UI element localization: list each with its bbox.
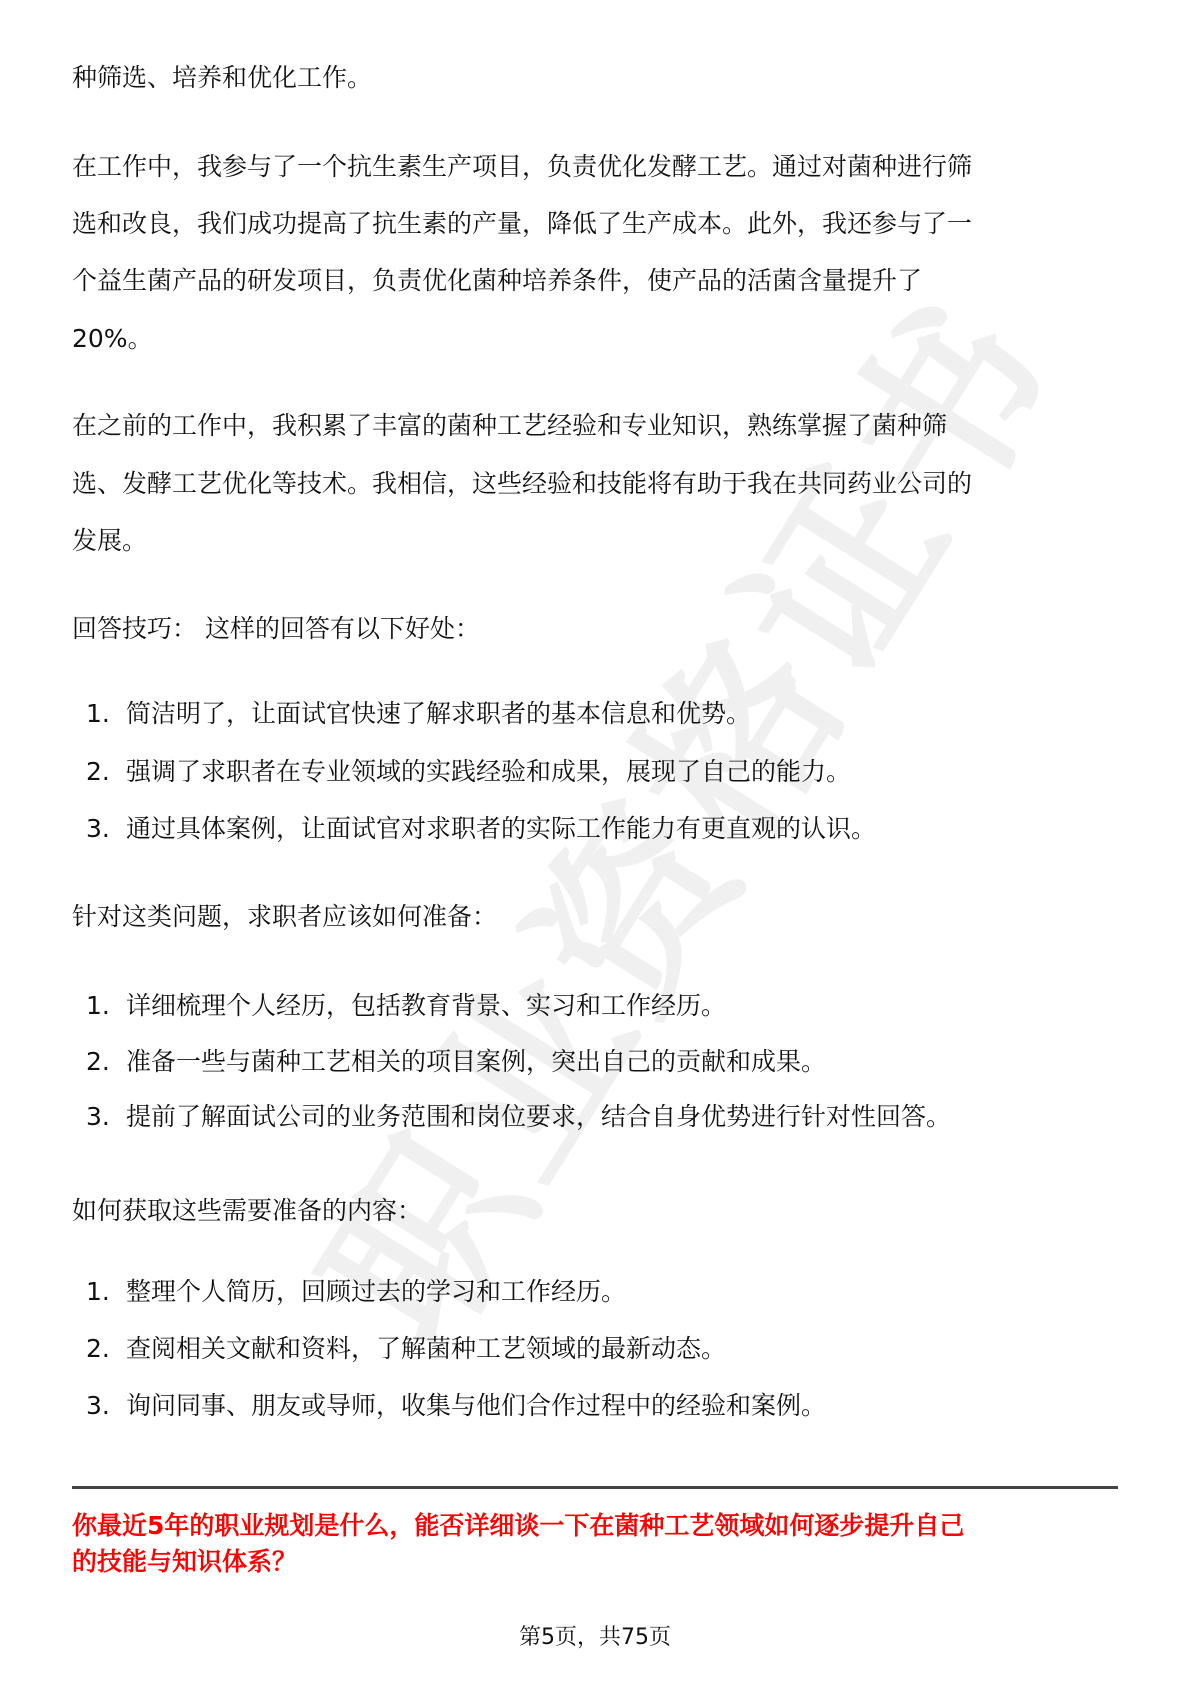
paragraph-line: 选和改良，我们成功提高了抗生素的产量，降低了生产成本。此外，我还参与了一 — [72, 209, 1118, 239]
list-item: 3.通过具体案例，让面试官对求职者的实际工作能力有更直观的认识。 — [86, 814, 876, 844]
next-question-line: 你最近5年的职业规划是什么，能否详细谈一下在菌种工艺领域如何逐步提升自己 — [72, 1508, 1118, 1544]
next-question-heading: 你最近5年的职业规划是什么，能否详细谈一下在菌种工艺领域如何逐步提升自己 的技能… — [72, 1508, 1118, 1580]
section-heading-answer-tips: 回答技巧： 这样的回答有以下好处： — [72, 614, 1118, 644]
paragraph-line: 20%。 — [72, 324, 1118, 354]
list-number: 3. — [86, 1102, 126, 1132]
list-item: 2.查阅相关文献和资料，了解菌种工艺领域的最新动态。 — [86, 1334, 726, 1364]
list-number: 2. — [86, 1047, 126, 1077]
list-number: 1. — [86, 991, 126, 1021]
paragraph-line: 种筛选、培养和优化工作。 — [72, 63, 1118, 93]
list-item: 2.强调了求职者在专业领域的实践经验和成果，展现了自己的能力。 — [86, 757, 851, 787]
list-number: 3. — [86, 1391, 126, 1421]
paragraph-line: 发展。 — [72, 526, 1118, 556]
list-item: 1.简洁明了，让面试官快速了解求职者的基本信息和优势。 — [86, 699, 751, 729]
paragraph-line: 选、发酵工艺优化等技术。我相信，这些经验和技能将有助于我在共同药业公司的 — [72, 469, 1118, 499]
list-number: 2. — [86, 1334, 126, 1364]
list-text: 详细梳理个人经历，包括教育背景、实习和工作经历。 — [126, 991, 726, 1020]
list-text: 强调了求职者在专业领域的实践经验和成果，展现了自己的能力。 — [126, 757, 851, 786]
list-item: 1.详细梳理个人经历，包括教育背景、实习和工作经历。 — [86, 991, 726, 1021]
list-item: 2.准备一些与菌种工艺相关的项目案例，突出自己的贡献和成果。 — [86, 1047, 826, 1077]
list-text: 询问同事、朋友或导师，收集与他们合作过程中的经验和案例。 — [126, 1391, 826, 1420]
list-text: 查阅相关文献和资料，了解菌种工艺领域的最新动态。 — [126, 1334, 726, 1363]
list-number: 3. — [86, 814, 126, 844]
paragraph-line: 在工作中，我参与了一个抗生素生产项目，负责优化发酵工艺。通过对菌种进行筛 — [72, 152, 1118, 182]
list-number: 1. — [86, 1277, 126, 1307]
paragraph-line: 在之前的工作中，我积累了丰富的菌种工艺经验和专业知识，熟练掌握了菌种筛 — [72, 411, 1118, 441]
list-text: 通过具体案例，让面试官对求职者的实际工作能力有更直观的认识。 — [126, 814, 876, 843]
list-item: 1.整理个人简历，回顾过去的学习和工作经历。 — [86, 1277, 626, 1307]
paragraph-line: 个益生菌产品的研发项目，负责优化菌种培养条件，使产品的活菌含量提升了 — [72, 266, 1118, 296]
list-text: 整理个人简历，回顾过去的学习和工作经历。 — [126, 1277, 626, 1306]
list-number: 1. — [86, 699, 126, 729]
section-divider — [72, 1486, 1118, 1489]
page-number: 第5页，共75页 — [0, 1624, 1190, 1652]
list-item: 3.提前了解面试公司的业务范围和岗位要求，结合自身优势进行针对性回答。 — [86, 1102, 951, 1132]
list-text: 准备一些与菌种工艺相关的项目案例，突出自己的贡献和成果。 — [126, 1047, 826, 1076]
list-item: 3.询问同事、朋友或导师，收集与他们合作过程中的经验和案例。 — [86, 1391, 826, 1421]
section-heading-obtain-content: 如何获取这些需要准备的内容： — [72, 1196, 1118, 1226]
list-text: 提前了解面试公司的业务范围和岗位要求，结合自身优势进行针对性回答。 — [126, 1102, 951, 1131]
list-text: 简洁明了，让面试官快速了解求职者的基本信息和优势。 — [126, 699, 751, 728]
section-heading-preparation: 针对这类问题，求职者应该如何准备： — [72, 902, 1118, 932]
list-number: 2. — [86, 757, 126, 787]
next-question-line: 的技能与知识体系？ — [72, 1544, 1118, 1580]
